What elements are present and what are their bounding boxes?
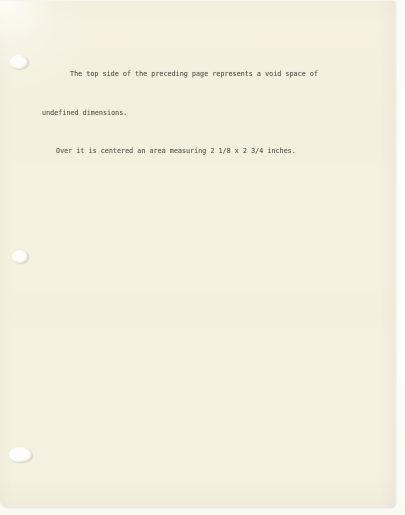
paper-page: The top side of the preceding page repre… [0,1,395,507]
punch-hole-top [10,55,29,70]
typed-line: The top side of the preceding page repre… [42,68,318,81]
punch-hole-bottom [9,447,33,463]
typed-line: undefined dimensions. [42,107,318,120]
scanner-backdrop: The top side of the preceding page repre… [0,0,405,515]
typed-line: Over it is centered an area measuring 2 … [42,145,318,158]
typewritten-text-block: The top side of the preceding page repre… [42,42,318,184]
punch-hole-middle [12,250,29,264]
